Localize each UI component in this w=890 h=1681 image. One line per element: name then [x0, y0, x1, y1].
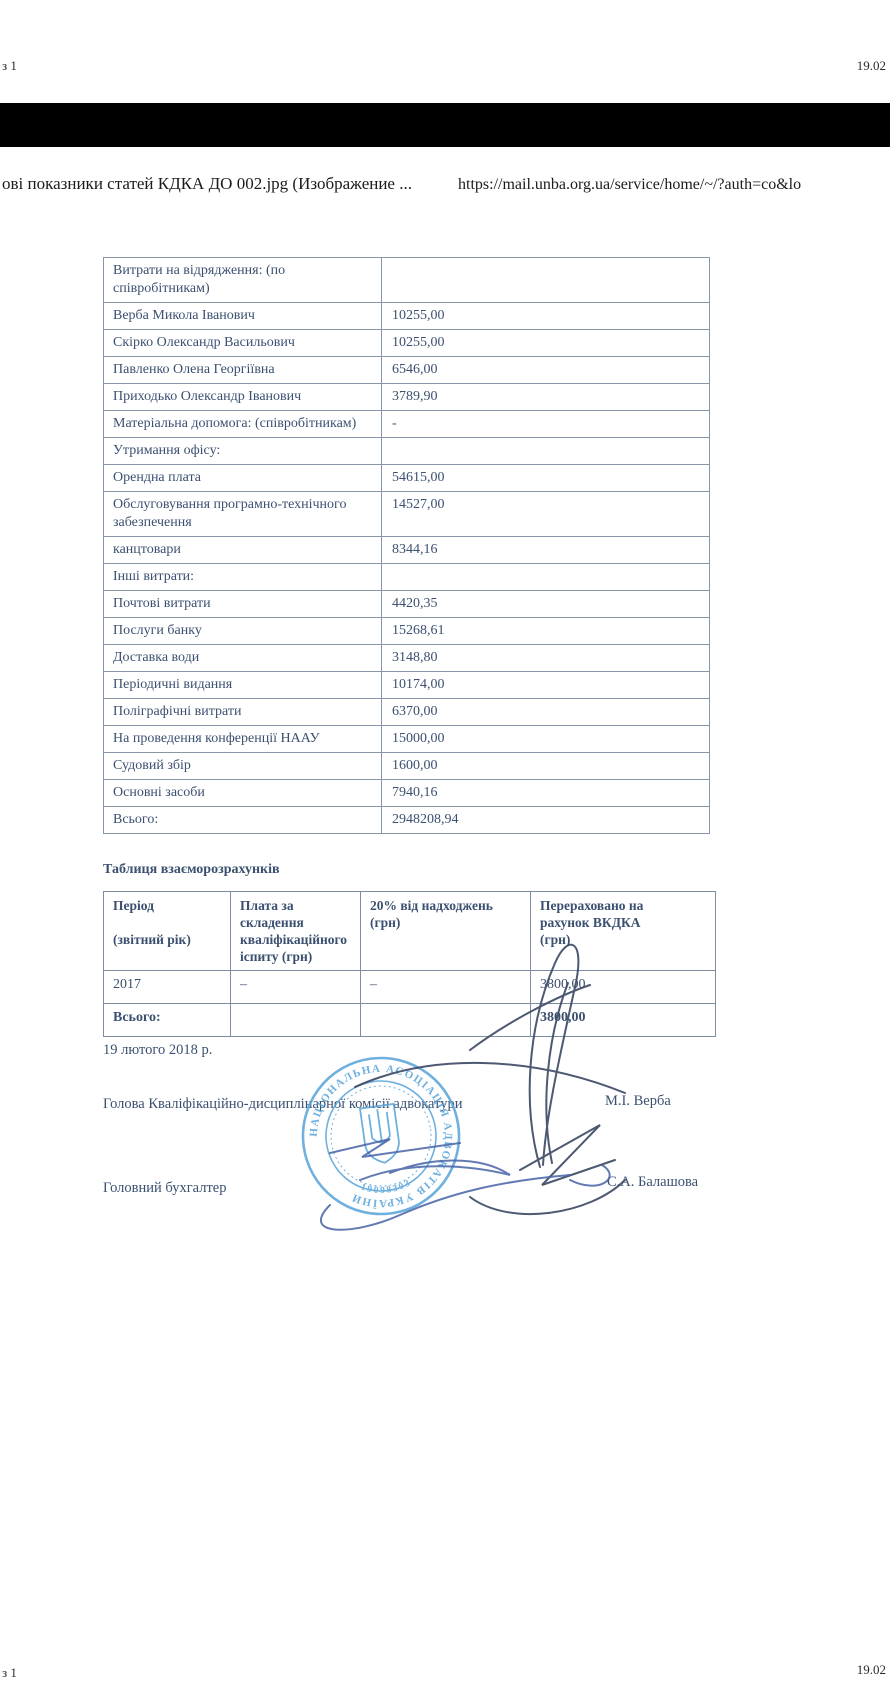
- expense-label: Павленко Олена Георгіївна: [104, 357, 382, 384]
- expense-row: Інші витрати:: [104, 564, 710, 591]
- expense-label: Верба Микола Іванович: [104, 303, 382, 330]
- settlements-cell: 2017: [104, 971, 231, 1004]
- expense-value: 10255,00: [382, 330, 710, 357]
- expense-label: Обслуговування програмно-технічного забе…: [104, 492, 382, 537]
- expense-row: Основні засоби7940,16: [104, 780, 710, 807]
- handwritten-signatures: [270, 925, 670, 1235]
- expense-label: На проведення конференції НААУ: [104, 726, 382, 753]
- expense-label: Витрати на відрядження: (по співробітник…: [104, 258, 382, 303]
- expense-row: Почтові витрати4420,35: [104, 591, 710, 618]
- expense-row: Обслуговування програмно-технічного забе…: [104, 492, 710, 537]
- expense-label: Приходько Олександр Іванович: [104, 384, 382, 411]
- expense-row: Судовий збір1600,00: [104, 753, 710, 780]
- expense-label: Утримання офісу:: [104, 438, 382, 465]
- expense-row: Витрати на відрядження: (по співробітник…: [104, 258, 710, 303]
- expense-label: Періодичні видання: [104, 672, 382, 699]
- document-url: https://mail.unba.org.ua/service/home/~/…: [458, 176, 801, 194]
- expense-value: 54615,00: [382, 465, 710, 492]
- settlements-header-cell: Період (звітний рік): [104, 892, 231, 971]
- expense-row: Доставка води3148,80: [104, 645, 710, 672]
- expense-label: Всього:: [104, 807, 382, 834]
- expense-label: Основні засоби: [104, 780, 382, 807]
- expense-row: Всього:2948208,94: [104, 807, 710, 834]
- expense-value: [382, 258, 710, 303]
- expense-row: Скірко Олександр Васильович10255,00: [104, 330, 710, 357]
- document-filename-title: ові показники статей КДКА ДО 002.jpg (Из…: [2, 174, 412, 194]
- print-footer-page-indicator: з 1: [2, 1665, 17, 1681]
- expense-value: 3789,90: [382, 384, 710, 411]
- expense-row: Верба Микола Іванович10255,00: [104, 303, 710, 330]
- expense-row: На проведення конференції НААУ15000,00: [104, 726, 710, 753]
- settlements-table-title: Таблиця взаєморозрахунків: [103, 862, 280, 878]
- expense-label: Поліграфічні витрати: [104, 699, 382, 726]
- expenses-table: Витрати на відрядження: (по співробітник…: [103, 257, 710, 834]
- expense-value: 6546,00: [382, 357, 710, 384]
- expense-label: Доставка води: [104, 645, 382, 672]
- expense-label: Скірко Олександр Васильович: [104, 330, 382, 357]
- expense-row: канцтовари8344,16: [104, 537, 710, 564]
- expense-row: Павленко Олена Георгіївна6546,00: [104, 357, 710, 384]
- expense-label: Послуги банку: [104, 618, 382, 645]
- print-header-page-indicator: з 1: [2, 58, 17, 74]
- accountant-title-label: Головний бухгалтер: [103, 1180, 227, 1197]
- expense-label: Судовий збір: [104, 753, 382, 780]
- expense-value: 15000,00: [382, 726, 710, 753]
- expense-value: -: [382, 411, 710, 438]
- printed-page: { "print": { "header_left": "з 1", "head…: [0, 0, 890, 1681]
- settlements-cell: Всього:: [104, 1004, 231, 1037]
- expense-value: 2948208,94: [382, 807, 710, 834]
- expense-value: 4420,35: [382, 591, 710, 618]
- accountant-signature-ink: [321, 1139, 610, 1230]
- expense-value: 10255,00: [382, 303, 710, 330]
- expense-row: Поліграфічні витрати6370,00: [104, 699, 710, 726]
- expense-label: канцтовари: [104, 537, 382, 564]
- expense-value: 10174,00: [382, 672, 710, 699]
- expense-row: Орендна плата54615,00: [104, 465, 710, 492]
- black-bar: [0, 103, 890, 147]
- expense-label: Інші витрати:: [104, 564, 382, 591]
- expense-label: Орендна плата: [104, 465, 382, 492]
- chairman-signature-ink: [355, 945, 625, 1214]
- expenses-table-body: Витрати на відрядження: (по співробітник…: [104, 258, 710, 834]
- expense-value: 7940,16: [382, 780, 710, 807]
- expense-row: Послуги банку15268,61: [104, 618, 710, 645]
- expense-value: 1600,00: [382, 753, 710, 780]
- expense-value: 3148,80: [382, 645, 710, 672]
- expense-row: Приходько Олександр Іванович3789,90: [104, 384, 710, 411]
- expense-label: Матеріальна допомога: (співробітникам): [104, 411, 382, 438]
- expense-value: [382, 438, 710, 465]
- expense-value: 14527,00: [382, 492, 710, 537]
- expense-row: Періодичні видання10174,00: [104, 672, 710, 699]
- document-date: 19 лютого 2018 р.: [103, 1042, 212, 1059]
- expense-row: Матеріальна допомога: (співробітникам)-: [104, 411, 710, 438]
- expense-value: 15268,61: [382, 618, 710, 645]
- print-header-date: 19.02: [857, 58, 886, 74]
- expense-row: Утримання офісу:: [104, 438, 710, 465]
- expense-value: 6370,00: [382, 699, 710, 726]
- expense-value: [382, 564, 710, 591]
- expense-value: 8344,16: [382, 537, 710, 564]
- expense-label: Почтові витрати: [104, 591, 382, 618]
- print-footer-date: 19.02: [857, 1662, 886, 1678]
